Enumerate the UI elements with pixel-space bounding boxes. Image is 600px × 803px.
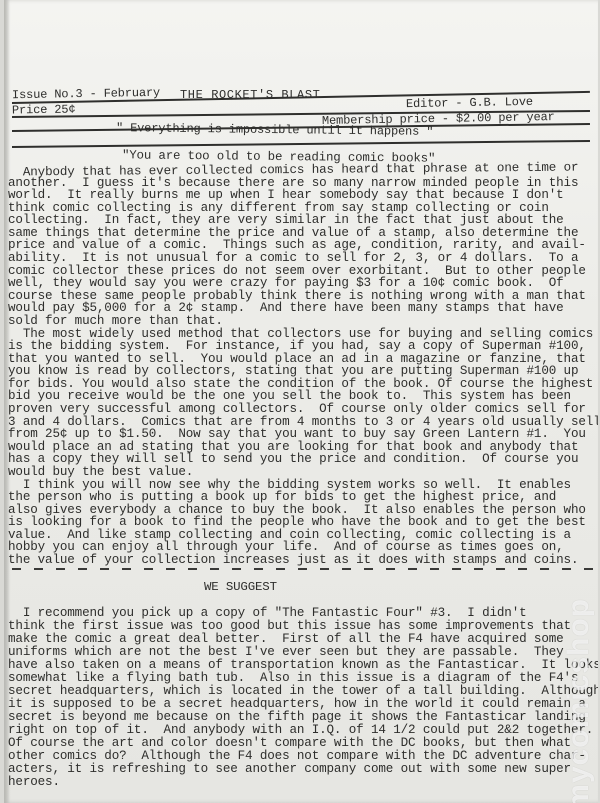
article-line: the value of your collection increases j… <box>8 553 578 568</box>
scanned-page: THE ROCKET'S BLAST Issue No.3 - February… <box>4 0 598 803</box>
section-divider <box>12 568 594 570</box>
editor-credit: Editor - G.B. Love <box>406 95 533 112</box>
motto: " Everything is impossible until it happ… <box>116 121 433 140</box>
watermark-logo: mycomicshop <box>562 598 596 803</box>
article-line: heroes. <box>8 775 60 790</box>
price: Price 25¢ <box>12 102 76 118</box>
masthead-rule-4 <box>12 140 590 148</box>
article-line: acters, it is refreshing to see another … <box>8 762 571 777</box>
issue-number: Issue No.3 - February <box>12 86 160 104</box>
bleed-through-text <box>164 48 171 62</box>
section-heading: WE SUGGEST <box>204 580 277 595</box>
